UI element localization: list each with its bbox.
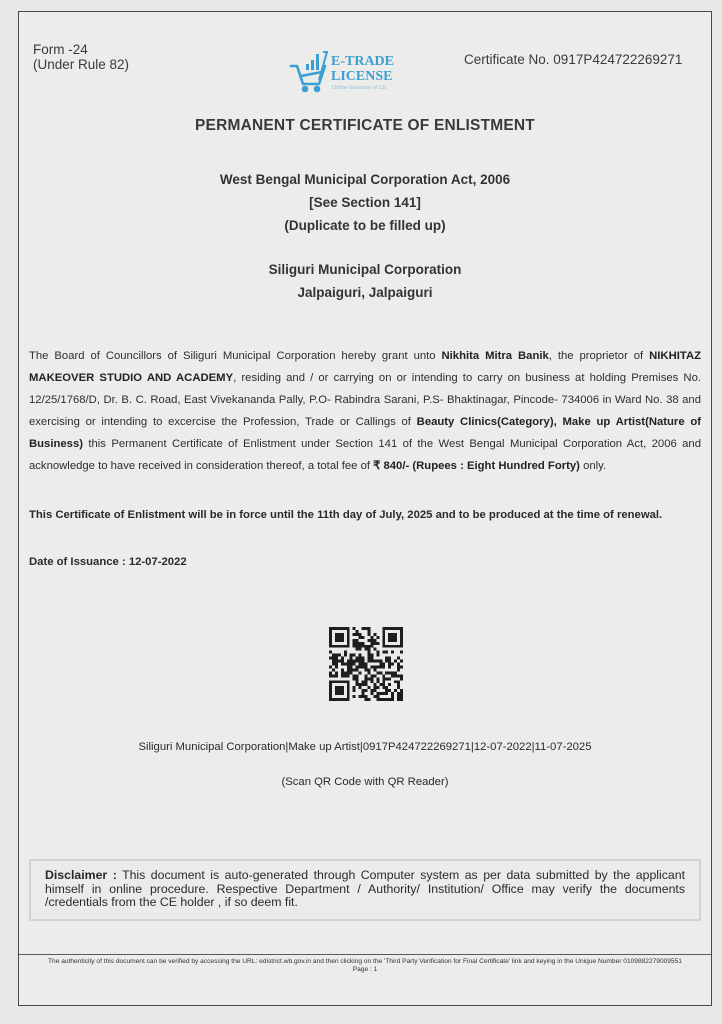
qr-code-icon — [329, 627, 403, 701]
certificate-page: Form -24 (Under Rule 82) E-TRADE LICENSE… — [18, 11, 712, 1006]
text-fragment: only. — [580, 460, 606, 472]
cart-chart-icon: E-TRADE LICENSE Online Issuance of CE — [289, 50, 419, 94]
form-rule: (Under Rule 82) — [33, 57, 129, 72]
svg-text:Online Issuance of CE: Online Issuance of CE — [332, 85, 387, 91]
corporation-name: Siliguri Municipal Corporation — [19, 258, 711, 281]
business-category: Beauty Clinics(Category) — [417, 416, 554, 428]
page-number: Page : 1 — [25, 966, 705, 974]
grant-intro: The Board of Councillors of Siliguri Mun… — [29, 350, 442, 362]
footer-divider — [19, 954, 711, 955]
qr-caption: Siliguri Municipal Corporation|Make up A… — [19, 741, 711, 753]
disclaimer-text: This document is auto-generated through … — [45, 868, 685, 909]
date-of-issuance: Date of Issuance : 12-07-2022 — [29, 556, 187, 568]
certificate-number-value: 0917P424722269271 — [553, 52, 682, 67]
disclaimer-label: Disclaimer : — [45, 868, 117, 882]
form-number-block: Form -24 (Under Rule 82) — [33, 42, 129, 72]
corporation-location: Jalpaiguri, Jalpaiguri — [19, 281, 711, 304]
page-title: PERMANENT CERTIFICATE OF ENLISTMENT — [19, 117, 711, 135]
validity-statement: This Certificate of Enlistment will be i… — [29, 504, 701, 526]
certificate-number-label: Certificate No. — [464, 52, 550, 67]
svg-text:LICENSE: LICENSE — [331, 69, 392, 84]
act-section: [See Section 141] — [19, 191, 711, 214]
act-name: West Bengal Municipal Corporation Act, 2… — [19, 168, 711, 191]
act-note: (Duplicate to be filled up) — [19, 214, 711, 237]
svg-text:E-TRADE: E-TRADE — [331, 54, 394, 69]
act-block: West Bengal Municipal Corporation Act, 2… — [19, 168, 711, 237]
proprietor-name: Nikhita Mitra Banik — [442, 350, 549, 362]
scan-note: (Scan QR Code with QR Reader) — [19, 776, 711, 788]
issuance-label: Date of Issuance : — [29, 556, 126, 568]
disclaimer-box: Disclaimer : This document is auto-gener… — [29, 859, 701, 921]
certificate-number: Certificate No. 0917P424722269271 — [464, 52, 682, 67]
issuance-date: 12-07-2022 — [129, 556, 187, 568]
fee-amount: ₹ 840/- (Rupees : Eight Hundred Forty) — [373, 460, 580, 472]
etrade-license-logo: E-TRADE LICENSE Online Issuance of CE — [289, 50, 419, 94]
text-fragment: , the proprietor of — [549, 350, 649, 362]
grant-paragraph: The Board of Councillors of Siliguri Mun… — [29, 345, 701, 477]
footer: The authenticity of this document can be… — [25, 958, 705, 974]
verification-note: The authenticity of this document can be… — [25, 958, 705, 966]
form-number: Form -24 — [33, 42, 129, 57]
corporation-block: Siliguri Municipal Corporation Jalpaigur… — [19, 258, 711, 304]
